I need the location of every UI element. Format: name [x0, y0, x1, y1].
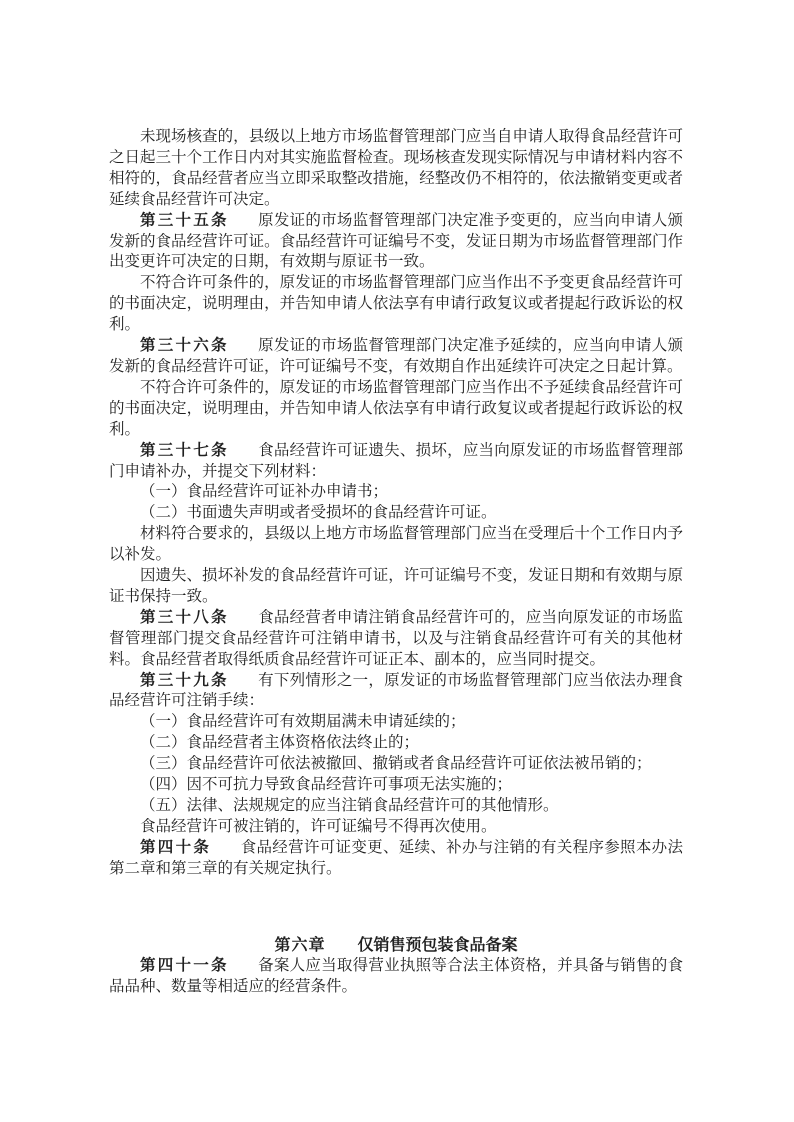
article-number: 第三十六条	[140, 337, 229, 354]
paragraph-article-37: 第三十七条食品经营许可证遗失、损坏，应当向原发证的市场监督管理部门申请补办，并提…	[109, 441, 683, 483]
paragraph-text: （一）食品经营许可证补办申请书；	[140, 483, 388, 500]
paragraph-text: （二）食品经营者主体资格依法终止的；	[140, 734, 419, 751]
paragraph-article-41: 第四十一条备案人应当取得营业执照等合法主体资格，并具备与销售的食品品种、数量等相…	[109, 956, 683, 998]
list-item: （五）法律、法规规定的应当注销食品经营许可的其他情形。	[109, 796, 683, 817]
paragraph-article-39: 第三十九条有下列情形之一，原发证的市场监督管理部门应当依法办理食品经营许可注销手…	[109, 671, 683, 713]
paragraph-text: （五）法律、法规规定的应当注销食品经营许可的其他情形。	[140, 797, 559, 814]
paragraph-article-38: 第三十八条食品经营者申请注销食品经营许可的，应当向原发证的市场监督管理部门提交食…	[109, 608, 683, 671]
article-number: 第三十七条	[140, 442, 229, 459]
list-item: （四）因不可抗力导致食品经营许可事项无法实施的；	[109, 775, 683, 796]
paragraph: 因遗失、损坏补发的食品经营许可证，许可证编号不变，发证日期和有效期与原证书保持一…	[109, 566, 683, 608]
paragraph-text: （二）书面遗失声明或者受损坏的食品经营许可证。	[140, 504, 497, 521]
paragraph: 不符合许可条件的，原发证的市场监督管理部门应当作出不予延续食品经营许可的书面决定…	[109, 378, 683, 441]
document-page: 未现场核查的，县级以上地方市场监督管理部门应当自申请人取得食品经营许可之日起三十…	[0, 0, 794, 1122]
chapter-title: 仅销售预包装食品备案	[358, 937, 518, 954]
list-item: （二）食品经营者主体资格依法终止的；	[109, 733, 683, 754]
paragraph: 材料符合要求的，县级以上地方市场监督管理部门应当在受理后十个工作日内予以补发。	[109, 524, 683, 566]
article-number: 第四十条	[140, 839, 211, 856]
article-number: 第四十一条	[140, 957, 229, 974]
paragraph: 食品经营许可被注销的，许可证编号不得再次使用。	[109, 817, 683, 838]
list-item: （一）食品经营许可有效期届满未申请延续的；	[109, 712, 683, 733]
article-number: 第三十五条	[140, 212, 229, 229]
paragraph: 不符合许可条件的，原发证的市场监督管理部门应当作出不予变更食品经营许可的书面决定…	[109, 273, 683, 336]
list-item: （二）书面遗失声明或者受损坏的食品经营许可证。	[109, 503, 683, 524]
paragraph-text: 食品经营许可被注销的，许可证编号不得再次使用。	[140, 818, 497, 835]
chapter-heading: 第六章仅销售预包装食品备案	[109, 935, 683, 956]
article-number: 第三十八条	[140, 609, 229, 626]
list-item: （一）食品经营许可证补办申请书；	[109, 482, 683, 503]
paragraph-text: 未现场核查的，县级以上地方市场监督管理部门应当自申请人取得食品经营许可之日起三十…	[109, 128, 683, 208]
paragraph-text: （一）食品经营许可有效期届满未申请延续的；	[140, 713, 466, 730]
paragraph-text: （三）食品经营许可依法被撤回、撤销或者食品经营许可证依法被吊销的；	[140, 755, 652, 772]
paragraph-text: 材料符合要求的，县级以上地方市场监督管理部门应当在受理后十个工作日内予以补发。	[109, 525, 683, 563]
paragraph-article-36: 第三十六条原发证的市场监督管理部门决定准予延续的，应当向申请人颁发新的食品经营许…	[109, 336, 683, 378]
paragraph-text: （四）因不可抗力导致食品经营许可事项无法实施的；	[140, 776, 512, 793]
paragraph-article-35: 第三十五条原发证的市场监督管理部门决定准予变更的，应当向申请人颁发新的食品经营许…	[109, 211, 683, 274]
article-number: 第三十九条	[140, 672, 229, 689]
document-content: 未现场核查的，县级以上地方市场监督管理部门应当自申请人取得食品经营许可之日起三十…	[109, 127, 683, 997]
paragraph: 未现场核查的，县级以上地方市场监督管理部门应当自申请人取得食品经营许可之日起三十…	[109, 127, 683, 211]
paragraph-text: 因遗失、损坏补发的食品经营许可证，许可证编号不变，发证日期和有效期与原证书保持一…	[109, 567, 683, 605]
paragraph-text: 不符合许可条件的，原发证的市场监督管理部门应当作出不予延续食品经营许可的书面决定…	[109, 379, 683, 438]
list-item: （三）食品经营许可依法被撤回、撤销或者食品经营许可证依法被吊销的；	[109, 754, 683, 775]
chapter-number: 第六章	[274, 937, 325, 954]
paragraph-text: 不符合许可条件的，原发证的市场监督管理部门应当作出不予变更食品经营许可的书面决定…	[109, 274, 683, 333]
paragraph-article-40: 第四十条食品经营许可证变更、延续、补办与注销的有关程序参照本办法第二章和第三章的…	[109, 838, 683, 880]
